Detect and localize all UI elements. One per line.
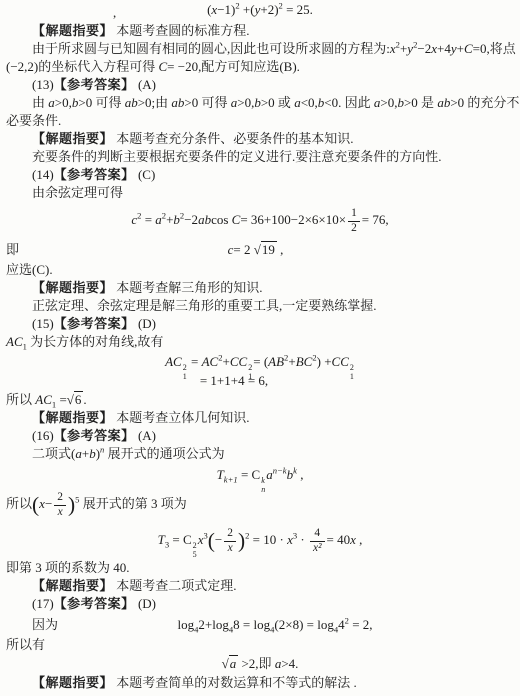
text-segment: 应选(C).	[6, 262, 53, 277]
text-segment: = 40	[327, 532, 351, 547]
math-variable: AC	[202, 354, 219, 369]
solution-line: c2 = a2+b2−2abcos C= 36+100−2×6×10×12= 7…	[0, 202, 520, 238]
text-segment: =	[56, 392, 67, 407]
text-segment: 2+log	[198, 617, 228, 632]
text-segment: 由余弦定理可得	[32, 185, 123, 200]
math-variable: AC	[35, 392, 52, 407]
bold-label: 【解题指要】	[32, 280, 113, 295]
text-segment: (C)	[135, 167, 156, 182]
math-variable: ab	[125, 95, 138, 110]
solution-line: (17)【参考答案】 (D)	[0, 595, 520, 613]
solution-line: 【解题指要】 本题考查充分条件、必要条件的基本知识.	[0, 130, 520, 148]
text-segment: 所以	[6, 392, 35, 407]
text-segment: 本题考查简单的对数运算和不等式的解法 .	[113, 675, 357, 690]
text-segment: (2×8) = log	[274, 617, 333, 632]
text-segment: .	[83, 392, 86, 407]
radical-sign: √	[67, 392, 74, 407]
stack-sub: n	[261, 485, 265, 494]
text-segment: 二项式(	[32, 446, 75, 461]
text-segment: 本题考查圆的标准方程.	[113, 23, 250, 38]
text-segment: = C	[238, 467, 261, 482]
text-segment: = 76,	[362, 212, 389, 227]
denominator: x²	[310, 541, 325, 555]
text-segment: 本题考查立体几何知识.	[113, 410, 250, 425]
math-variable: CC	[230, 354, 247, 369]
radical: √a	[222, 654, 239, 674]
solution-line: (16)【参考答案】 (A)	[0, 427, 520, 445]
numerator: 2	[54, 491, 66, 504]
solution-line: 所以(x−2x)5 展开式的第 3 项为	[0, 487, 520, 521]
stack-sup: 2	[193, 541, 197, 550]
fraction: 2x	[54, 491, 66, 518]
bold-label: 【解题指要】	[32, 131, 113, 146]
text-segment: >2,即	[238, 656, 275, 671]
text-segment: >0 的充分不	[450, 95, 519, 110]
text-segment: −1)	[217, 2, 235, 17]
text-segment: (D)	[135, 596, 156, 611]
text-segment: 所以有	[6, 637, 45, 652]
fraction: 12	[348, 207, 360, 234]
math-variable: AB	[268, 354, 284, 369]
stack-sup: 2	[248, 363, 252, 372]
denominator: x	[54, 505, 66, 519]
text-segment: = 1+1+4 = 6,	[200, 373, 268, 388]
line-pad	[492, 238, 514, 261]
text-segment: >0 是	[404, 95, 437, 110]
bold-label: 【解题指要】	[32, 23, 113, 38]
solution-line: = 1+1+4 = 6,	[0, 373, 494, 391]
text-segment: (A)	[135, 428, 156, 443]
text-segment: log	[177, 617, 194, 632]
text-segment: = 10 ·	[249, 532, 287, 547]
text-segment: ·	[297, 532, 308, 547]
document-body: (x−1)2 +(y+2)2 = 25.【解题指要】 本题考查圆的标准方程.由于…	[0, 2, 520, 692]
solution-line: 正弦定理、余弦定理是解三角形的重要工具,一定要熟练掌握.	[0, 297, 520, 315]
stack-sup: 2	[350, 363, 354, 372]
math-variable: ab	[437, 95, 450, 110]
solution-line: (−2,2)的坐标代入方程可得 C= −20,配方可知应选(B).	[0, 58, 520, 76]
radical: √19	[254, 238, 277, 261]
solution-line: (x−1)2 +(y+2)2 = 25.	[0, 2, 520, 22]
text-segment: 所以	[6, 496, 32, 511]
text-segment: 由于所求圆与已知圆有相同的圆心,因此也可设所求圆的方程为:	[32, 41, 390, 56]
line-pad	[492, 613, 514, 636]
text-segment: (13)	[32, 77, 54, 92]
radical-sign: √	[222, 656, 229, 671]
text-segment: ,	[297, 467, 304, 482]
text-segment: 8 = log	[233, 617, 270, 632]
solution-line: 二项式(a+b)n 展开式的通项公式为	[0, 445, 520, 463]
text-segment: >0 或	[261, 95, 294, 110]
solution-line: AC21 = AC2+CC21= (AB2+BC2) +CC21	[0, 351, 520, 373]
text-segment: (14)	[32, 167, 54, 182]
math-variable: AC	[6, 334, 23, 349]
line-label: 因为	[6, 613, 58, 636]
solution-line: 充要条件的判断主要根据充要条件的定义进行.要注意充要条件的方向性.	[0, 148, 520, 166]
text-segment: 展开式的第 3 项为	[79, 496, 186, 511]
solution-line: √a >2,即 a>4.	[0, 654, 520, 674]
math-variable: C	[464, 41, 473, 56]
solution-line: 【解题指要】 本题考查圆的标准方程.	[0, 22, 520, 40]
text-segment: = C	[169, 532, 192, 547]
text-segment: +2)	[260, 2, 278, 17]
solution-line: Tk+1 = Cknan−kbk ,	[0, 463, 520, 487]
bold-label: 【参考答案】	[54, 596, 135, 611]
text-segment: >0,	[55, 95, 72, 110]
text-segment: =	[188, 354, 202, 369]
bold-label: 【参考答案】	[54, 428, 135, 443]
stack-sub: 5	[193, 550, 197, 559]
solution-line: 即c= 2 √19 ,	[0, 238, 520, 261]
text-segment: = 25.	[283, 2, 313, 17]
bold-label: 【解题指要】	[32, 675, 113, 690]
text-segment: 由	[32, 95, 48, 110]
text-segment: +	[223, 354, 230, 369]
text-segment: = (	[253, 354, 268, 369]
text-segment: <0,	[301, 95, 318, 110]
text-segment: −	[215, 532, 222, 547]
text-segment: (17)	[32, 596, 54, 611]
solution-line: AC1 为长方体的对角线,故有	[0, 333, 520, 351]
solution-line: 由余弦定理可得	[0, 184, 520, 202]
math-variable: ab	[171, 95, 184, 110]
text-segment: = 2	[233, 242, 253, 257]
solution-line: 【解题指要】 本题考查二项式定理.	[0, 577, 520, 595]
bold-label: 【解题指要】	[32, 410, 113, 425]
math-variable: C	[159, 59, 168, 74]
text-segment: >4.	[281, 656, 298, 671]
text-segment: >0,	[380, 95, 397, 110]
solution-line: (14)【参考答案】 (C)	[0, 166, 520, 184]
text-segment: ,	[277, 242, 284, 257]
text-segment: −2	[417, 41, 431, 56]
big-paren: (	[208, 528, 215, 552]
solution-line: 必要条件.	[0, 112, 520, 130]
text-segment: 展开式的通项公式为	[104, 446, 224, 461]
text-segment: 正弦定理、余弦定理是解三角形的重要工具,一定要熟练掌握.	[32, 298, 377, 313]
math-variable: AC	[165, 354, 182, 369]
stray-comma-mark: ,	[113, 5, 116, 21]
numerator: 1	[348, 207, 360, 220]
text-segment: =0,将点	[473, 41, 516, 56]
numerator: 4	[310, 527, 325, 540]
math-variable: BC	[296, 354, 313, 369]
text-segment: 本题考查二项式定理.	[113, 578, 237, 593]
solution-line: 【解题指要】 本题考查解三角形的知识.	[0, 279, 520, 297]
text-segment: 本题考查解三角形的知识.	[113, 280, 263, 295]
solution-line: T3 = C25x3(−2x)2 = 10 · x3 · 4x²= 40x ,	[0, 521, 520, 559]
solution-line: 【解题指要】 本题考查简单的对数运算和不等式的解法 .	[0, 674, 520, 692]
solution-line: 所以 AC1 =√6.	[0, 391, 520, 409]
stack-sup: 2	[183, 363, 187, 372]
denominator: 2	[348, 221, 360, 235]
text-segment: 为长方体的对角线,故有	[27, 334, 164, 349]
stacked-script: kn	[261, 476, 265, 495]
radical-sign: √	[254, 242, 261, 257]
text-segment: >0 可得	[184, 95, 230, 110]
text-segment: 即	[6, 242, 19, 257]
text-segment: 本题考查充分条件、必要条件的基本知识.	[113, 131, 354, 146]
text-segment: −2	[184, 212, 198, 227]
solution-line: 因为log42+log48 = log4(2×8) = log442 = 2,	[0, 613, 520, 636]
bold-label: 【解题指要】	[32, 578, 113, 593]
text-segment: ) +	[317, 354, 332, 369]
radical: √6	[67, 391, 84, 409]
line-formula: c= 2 √19 ,	[19, 238, 492, 261]
text-segment: >0,	[237, 95, 254, 110]
numerator: 2	[224, 527, 236, 540]
text-segment: = −20,配方可知应选(B).	[167, 59, 300, 74]
text-segment: (D)	[135, 316, 156, 331]
text-segment: −	[45, 496, 52, 511]
text-segment: +	[288, 354, 295, 369]
solution-line: (13)【参考答案】 (A)	[0, 76, 520, 94]
text-segment: = 36+100−2×6×10×	[240, 212, 346, 227]
scanned-math-solutions-page: , (x−1)2 +(y+2)2 = 25.【解题指要】 本题考查圆的标准方程.…	[0, 0, 520, 696]
superscript: n−k	[273, 466, 287, 476]
fraction: 4x²	[310, 527, 325, 554]
text-segment: (15)	[32, 316, 54, 331]
solution-line: 【解题指要】 本题考查立体几何知识.	[0, 409, 520, 427]
text-segment: (16)	[32, 428, 54, 443]
text-segment: <0. 因此	[324, 95, 374, 110]
denominator: x	[224, 541, 236, 555]
bold-label: 【参考答案】	[54, 316, 135, 331]
bold-label: 【参考答案】	[54, 77, 135, 92]
text-segment: ,	[356, 532, 363, 547]
math-variable: CC	[332, 354, 349, 369]
text-segment: 即第 3 项的系数为 40.	[6, 560, 130, 575]
text-segment: =	[141, 212, 155, 227]
math-variable: T	[217, 467, 224, 482]
solution-line: 由于所求圆与已知圆有相同的圆心,因此也可设所求圆的方程为:x2+y2−2x+4y…	[0, 40, 520, 58]
text-segment: 因为	[32, 617, 58, 632]
text-segment: >0;由	[138, 95, 172, 110]
text-segment: (−2,2)的坐标代入方程可得	[6, 59, 159, 74]
radicand: a	[229, 655, 239, 671]
line-formula: log42+log48 = log4(2×8) = log442 = 2,	[58, 613, 492, 636]
stack-sup: k	[261, 476, 265, 485]
solution-line: 所以有	[0, 636, 520, 654]
text-segment: +(	[240, 2, 255, 17]
text-segment: 必要条件.	[6, 113, 61, 128]
line-label: 即	[6, 238, 19, 261]
radicand: 6	[74, 391, 84, 407]
text-segment: = 2,	[349, 617, 373, 632]
math-variable: ab	[198, 212, 211, 227]
solution-line: 由 a>0,b>0 可得 ab>0;由 ab>0 可得 a>0,b>0 或 a<…	[0, 94, 520, 112]
fraction: 2x	[224, 527, 236, 554]
bold-label: 【参考答案】	[54, 167, 135, 182]
text-segment: >0 可得	[78, 95, 124, 110]
solution-line: (15)【参考答案】 (D)	[0, 315, 520, 333]
subscript: k+1	[224, 475, 238, 485]
math-variable: T	[158, 532, 165, 547]
solution-line: 应选(C).	[0, 261, 520, 279]
text-segment: cos	[211, 212, 232, 227]
text-segment: (A)	[135, 77, 156, 92]
text-segment: +4	[437, 41, 451, 56]
stacked-script: 25	[193, 541, 197, 560]
text-segment: +	[457, 41, 464, 56]
solution-line: 即第 3 项的系数为 40.	[0, 559, 520, 577]
text-segment: 充要条件的判断主要根据充要条件的定义进行.要注意充要条件的方向性.	[32, 149, 442, 164]
radicand: 19	[261, 241, 277, 257]
